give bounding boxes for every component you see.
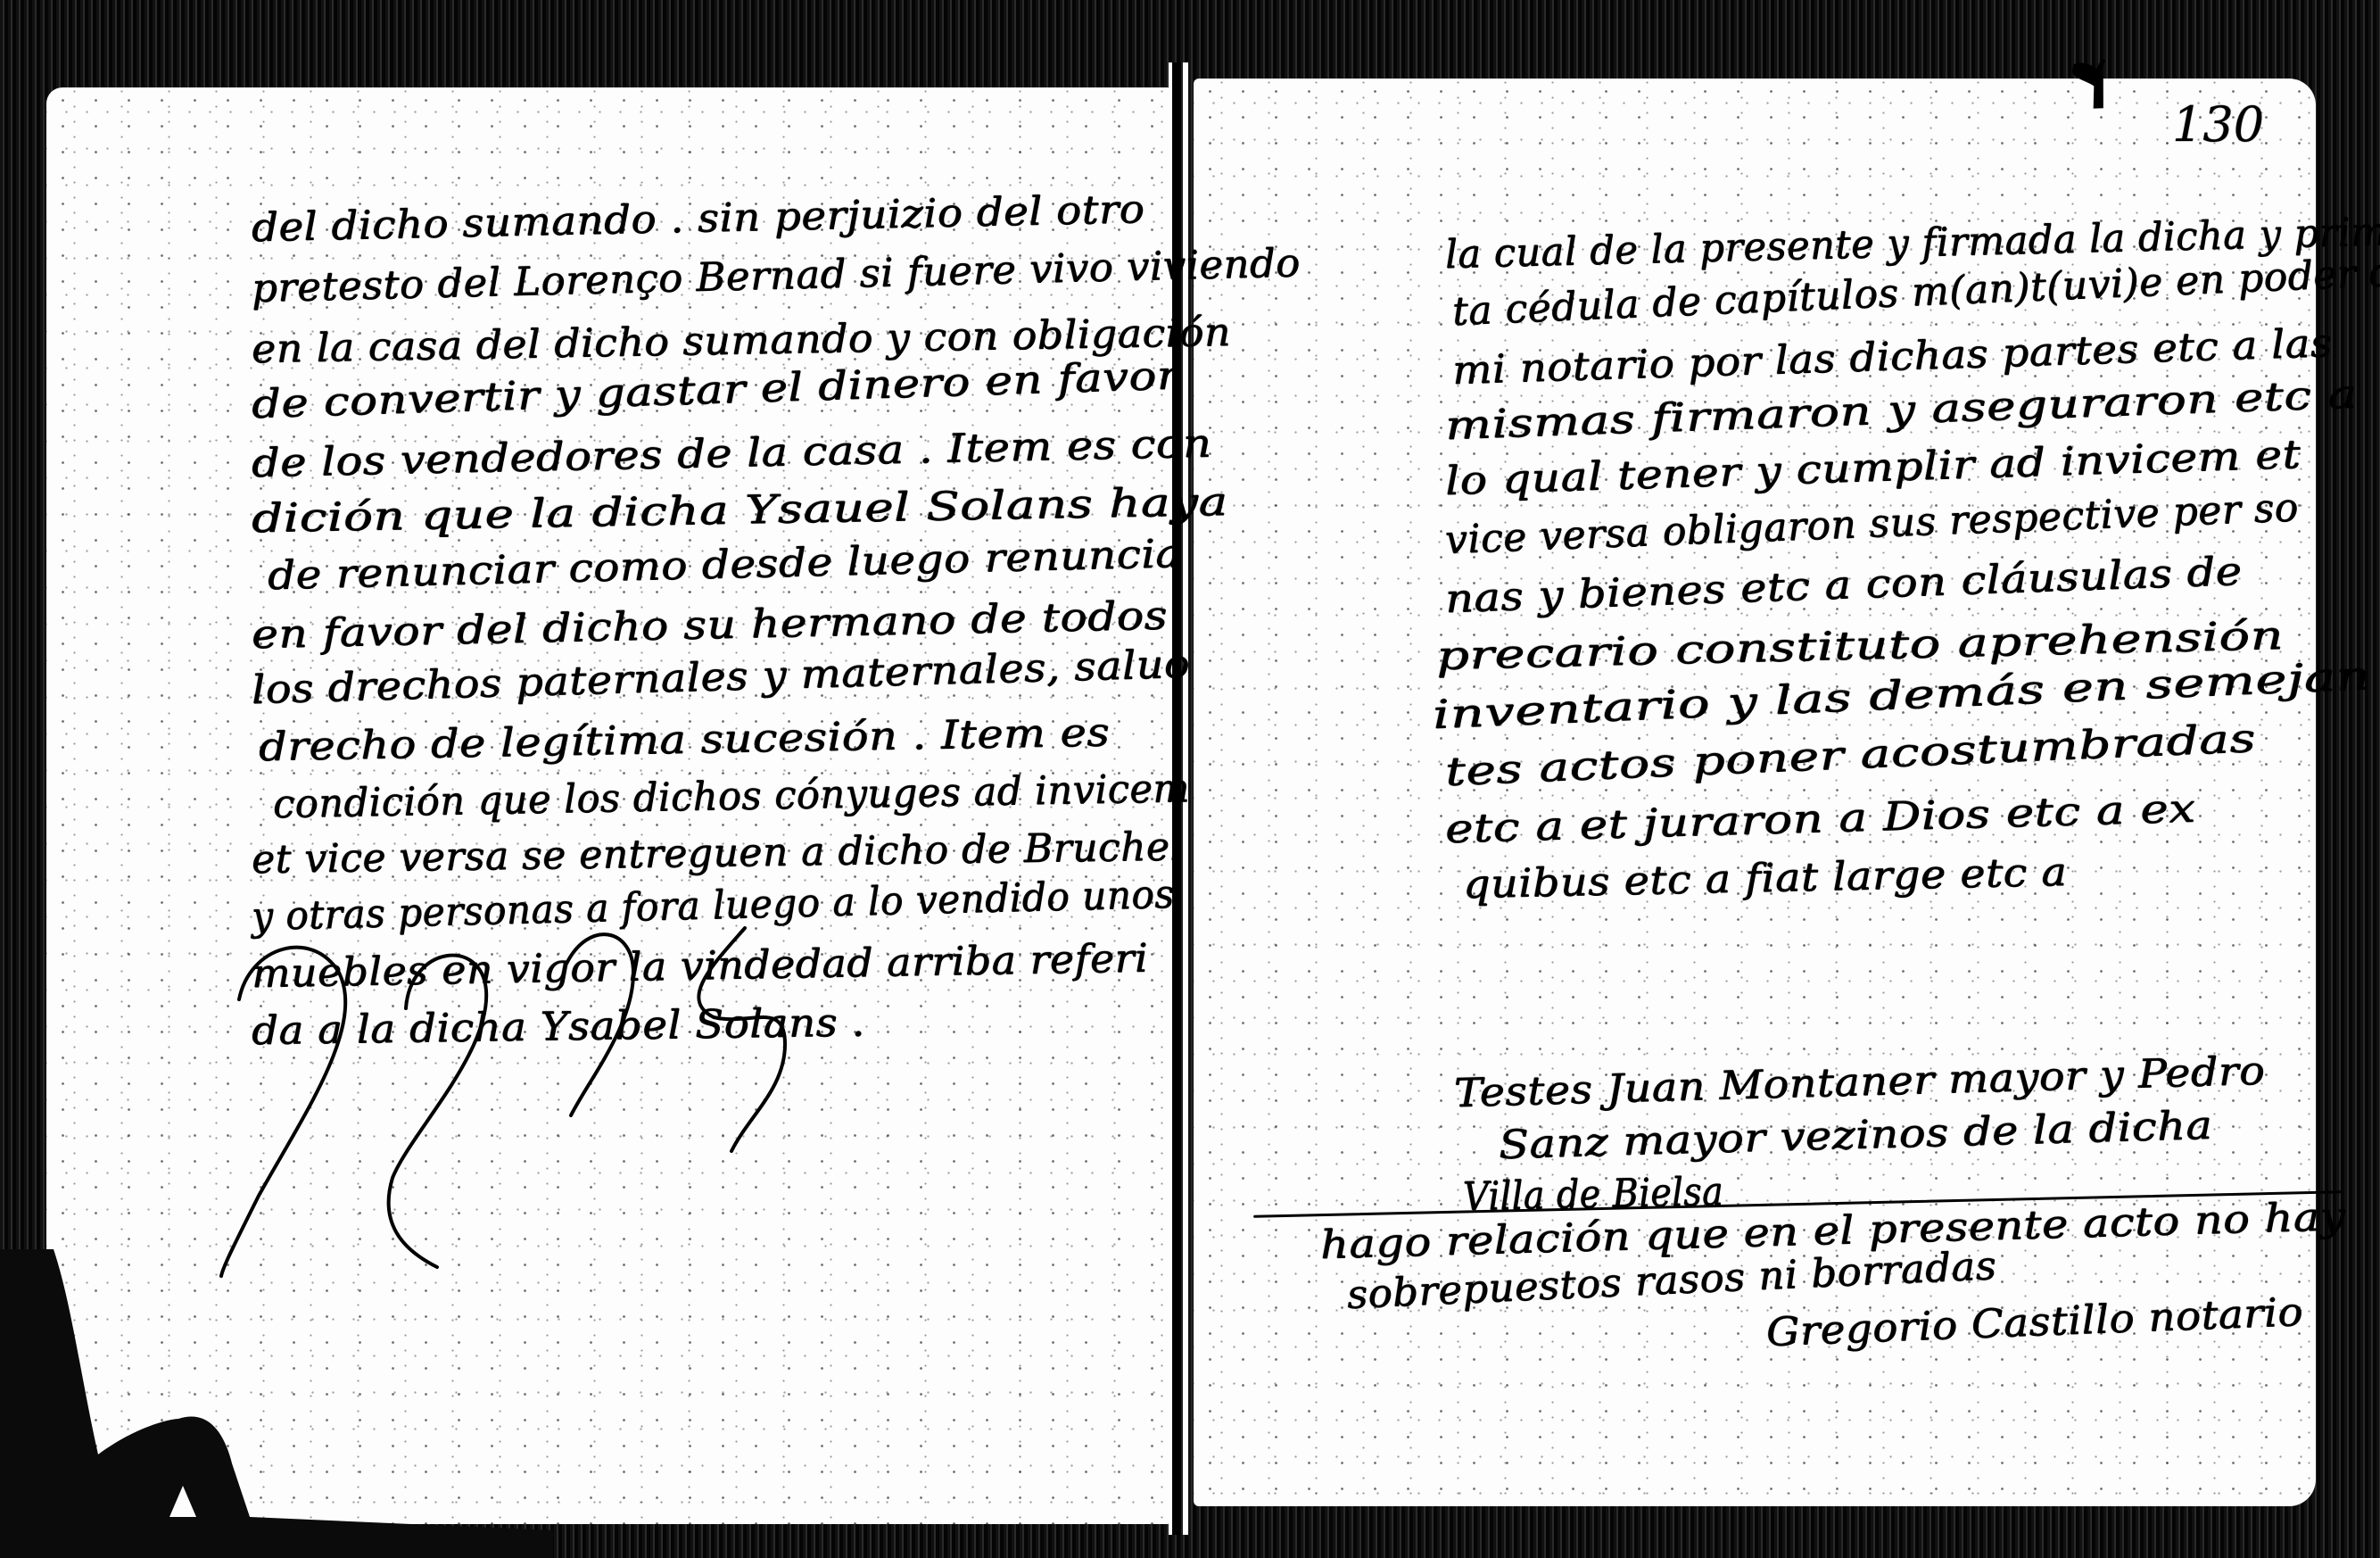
page-curl-shadow (0, 1249, 553, 1558)
folio-number: 130 (2172, 96, 2264, 153)
